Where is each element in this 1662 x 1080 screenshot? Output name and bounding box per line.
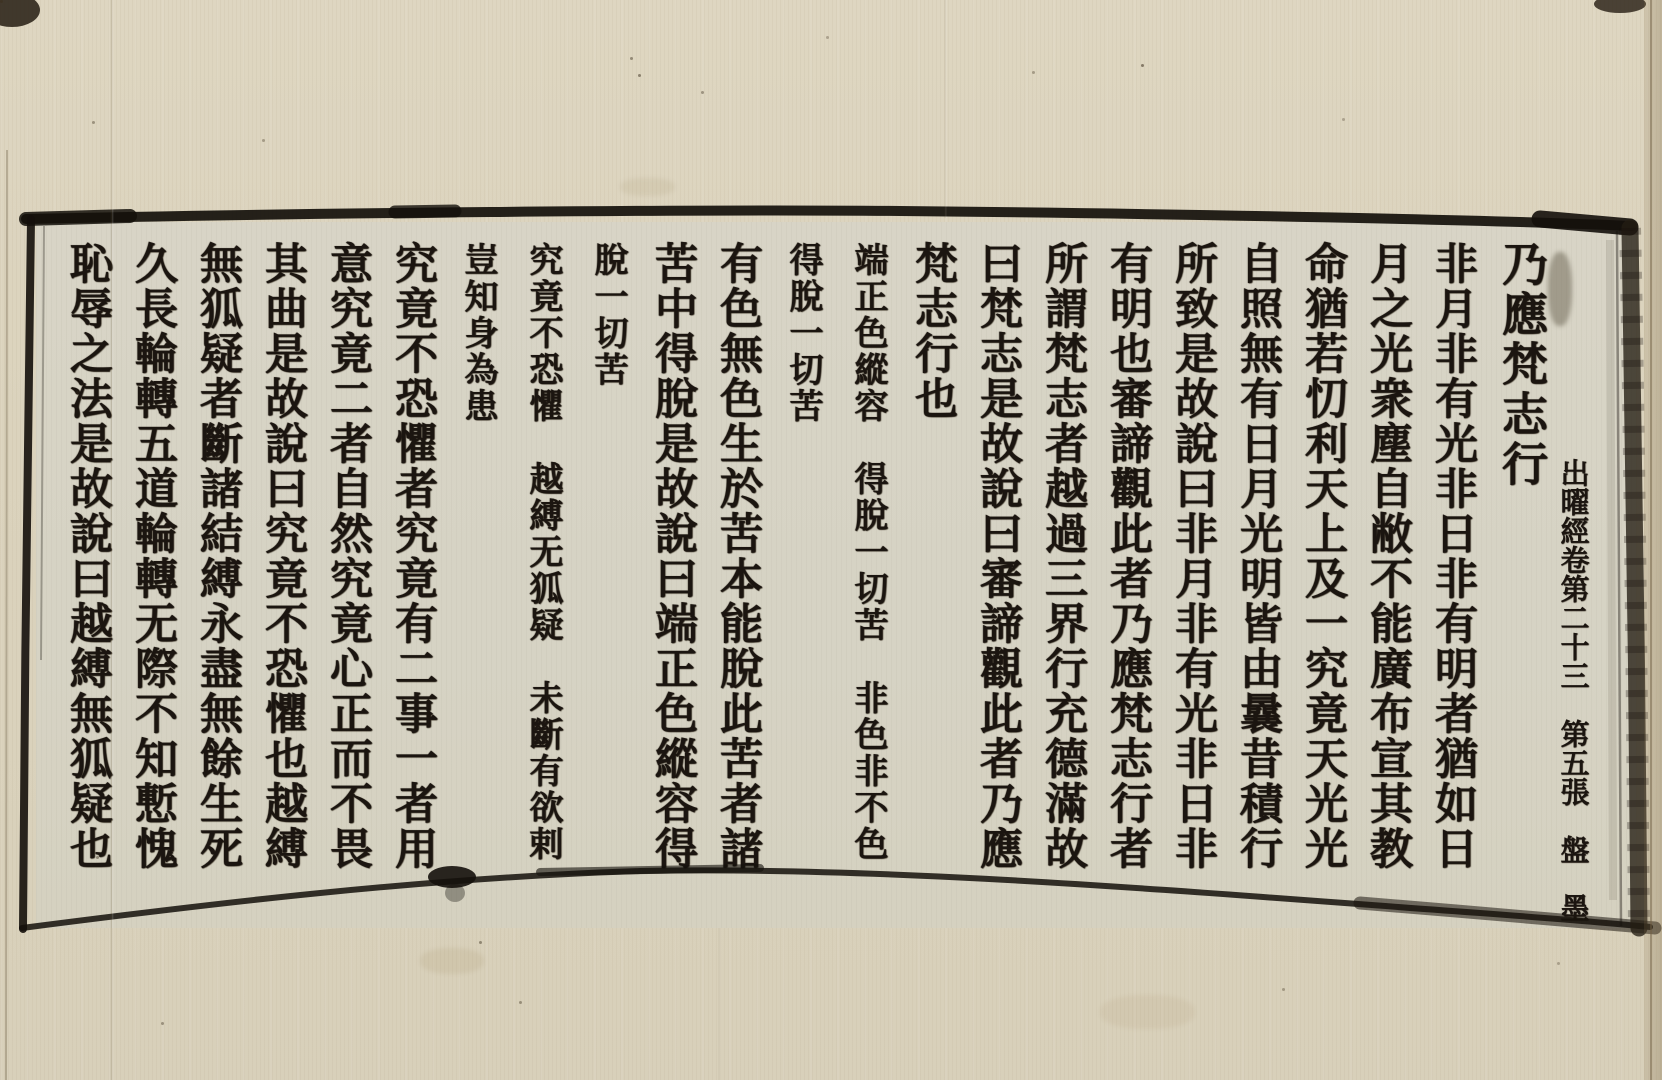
text-column: 所謂梵志者越過三界行充德滿故 <box>1031 232 1096 934</box>
sutra-page: 乃應梵志行非月非有光非日非有明者猶如日月之光衆塵自敝不能廣布宣其教命猶若忉利天上… <box>0 0 1662 1080</box>
text-column: 究竟不恐懼者究竟有二事一者用 <box>381 232 446 934</box>
text-block: 乃應梵志行非月非有光非日非有明者猶如日月之光衆塵自敝不能廣布宣其教命猶若忉利天上… <box>48 232 1558 934</box>
column-text: 有色無色生於苦本能脫此苦者諸 <box>708 232 769 871</box>
text-column: 非月非有光非日非有明者猶如日 <box>1421 232 1486 934</box>
text-column: 無狐疑者斷諸結縛永盡無餘生死 <box>186 232 251 934</box>
column-text: 苦中得脫是故說曰端正色縱容得 <box>643 232 704 871</box>
text-column: 自照無有日月光明皆由曩昔積行 <box>1226 232 1291 934</box>
column-text: 曰梵志是故說曰審諦觀此者乃應 <box>968 232 1029 871</box>
paper-stain <box>420 948 484 974</box>
text-column: 意究竟二者自然究竟心正而不畏 <box>316 232 381 934</box>
text-column: 得脫一切苦 <box>771 232 836 934</box>
column-text: 非月非有光非日非有明者猶如日 <box>1423 232 1484 871</box>
text-column: 苦中得脫是故說曰端正色縱容得 <box>641 232 706 934</box>
paper-crease <box>944 0 947 218</box>
text-column: 端正色縱容 得脫一切苦 非色非不色 <box>836 232 901 934</box>
text-column: 曰梵志是故說曰審諦觀此者乃應 <box>966 232 1031 934</box>
ink-smudge <box>1548 252 1572 326</box>
text-column: 所致是故說曰非月非有光非日非 <box>1161 232 1226 934</box>
column-text: 梵志行也 <box>903 232 964 421</box>
text-column: 有明也審諦觀此者乃應梵志行者 <box>1096 232 1161 934</box>
paper-edge-band <box>1644 0 1662 1080</box>
text-column: 其曲是故說曰究竟不恐懼也越縛 <box>251 232 316 934</box>
text-column: 久長輪轉五道輪轉无際不知慙愧 <box>121 232 186 934</box>
column-text: 月之光衆塵自敝不能廣布宣其教 <box>1358 232 1419 871</box>
column-text: 無狐疑者斷諸結縛永盡無餘生死 <box>188 232 249 871</box>
column-text: 自照無有日月光明皆由曩昔積行 <box>1228 232 1289 871</box>
column-text: 豈知身為患 <box>454 232 503 425</box>
paper-stain <box>620 178 675 196</box>
column-text: 有明也審諦觀此者乃應梵志行者 <box>1098 232 1159 871</box>
colophon-text: 出曜經卷第二十三 第五張 盤 墨 <box>1554 232 1595 934</box>
text-column: 究竟不恐懼 越縛无狐疑 未斷有欲剌 <box>511 232 576 934</box>
text-column: 豈知身為患 <box>446 232 511 934</box>
column-text: 所致是故說曰非月非有光非日非 <box>1163 232 1224 871</box>
paper-stain <box>1100 995 1195 1029</box>
column-text: 其曲是故說曰究竟不恐懼也越縛 <box>253 232 314 871</box>
column-text: 端正色縱容 得脫一切苦 非色非不色 <box>844 232 893 863</box>
column-text: 脫一切苦 <box>584 232 633 388</box>
text-column: 月之光衆塵自敝不能廣布宣其教 <box>1356 232 1421 934</box>
column-text: 意究竟二者自然究竟心正而不畏 <box>318 232 379 871</box>
paper-crease <box>110 0 114 1080</box>
text-column: 脫一切苦 <box>576 232 641 934</box>
column-text: 久長輪轉五道輪轉无際不知慙愧 <box>123 232 184 871</box>
colophon-column: 出曜經卷第二十三 第五張 盤 墨 <box>1546 232 1602 934</box>
text-column: 命猶若忉利天上及一究竟天光光 <box>1291 232 1356 934</box>
column-text: 究竟不恐懼者究竟有二事一者用 <box>383 232 444 871</box>
paper-specks <box>0 0 3 3</box>
column-text: 命猶若忉利天上及一究竟天光光 <box>1293 232 1354 871</box>
text-column: 梵志行也 <box>901 232 966 934</box>
column-text: 究竟不恐懼 越縛无狐疑 未斷有欲剌 <box>519 232 568 863</box>
column-text: 所謂梵志者越過三界行充德滿故 <box>1033 232 1094 871</box>
text-column: 有色無色生於苦本能脫此苦者諸 <box>706 232 771 934</box>
paper-crease <box>718 928 721 1080</box>
column-text: 得脫一切苦 <box>779 232 828 425</box>
